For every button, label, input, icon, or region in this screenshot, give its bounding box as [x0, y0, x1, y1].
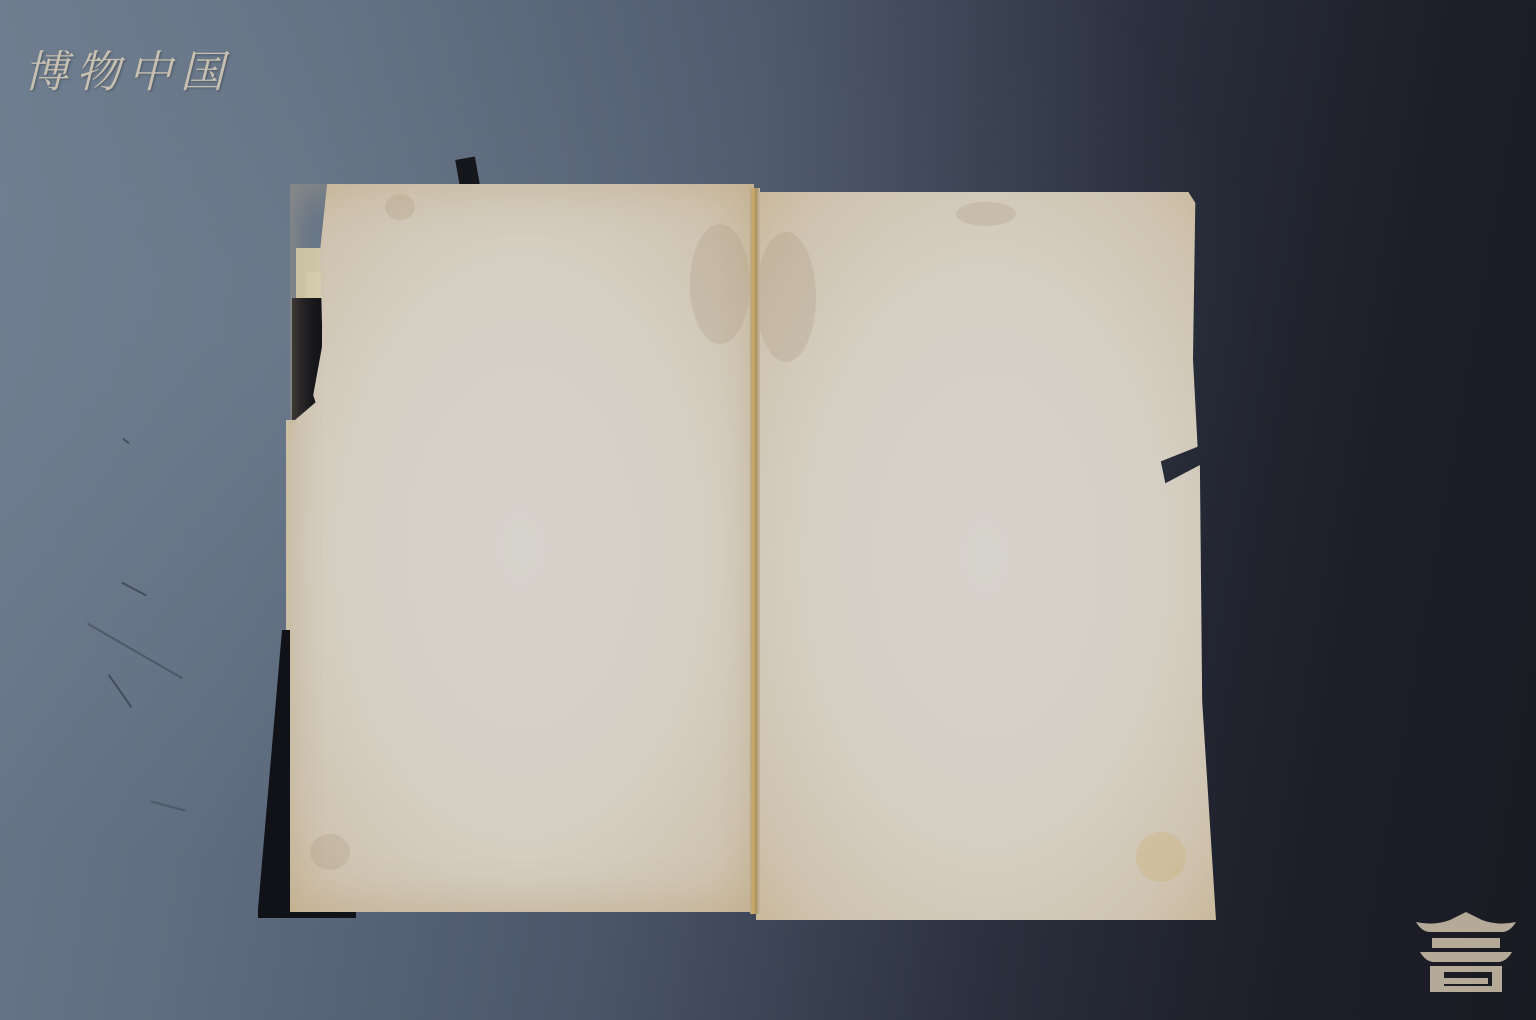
page-stain	[956, 202, 1016, 226]
open-book	[0, 0, 1536, 1020]
page-stain	[1136, 832, 1186, 882]
page-stain	[310, 834, 350, 870]
book-gutter	[750, 188, 760, 914]
left-page	[290, 184, 754, 912]
page-stain	[690, 224, 750, 344]
pavilion-roof-logo-icon	[1414, 912, 1518, 994]
page-stain	[756, 232, 816, 362]
page-stain	[385, 194, 415, 220]
right-page	[756, 192, 1216, 920]
